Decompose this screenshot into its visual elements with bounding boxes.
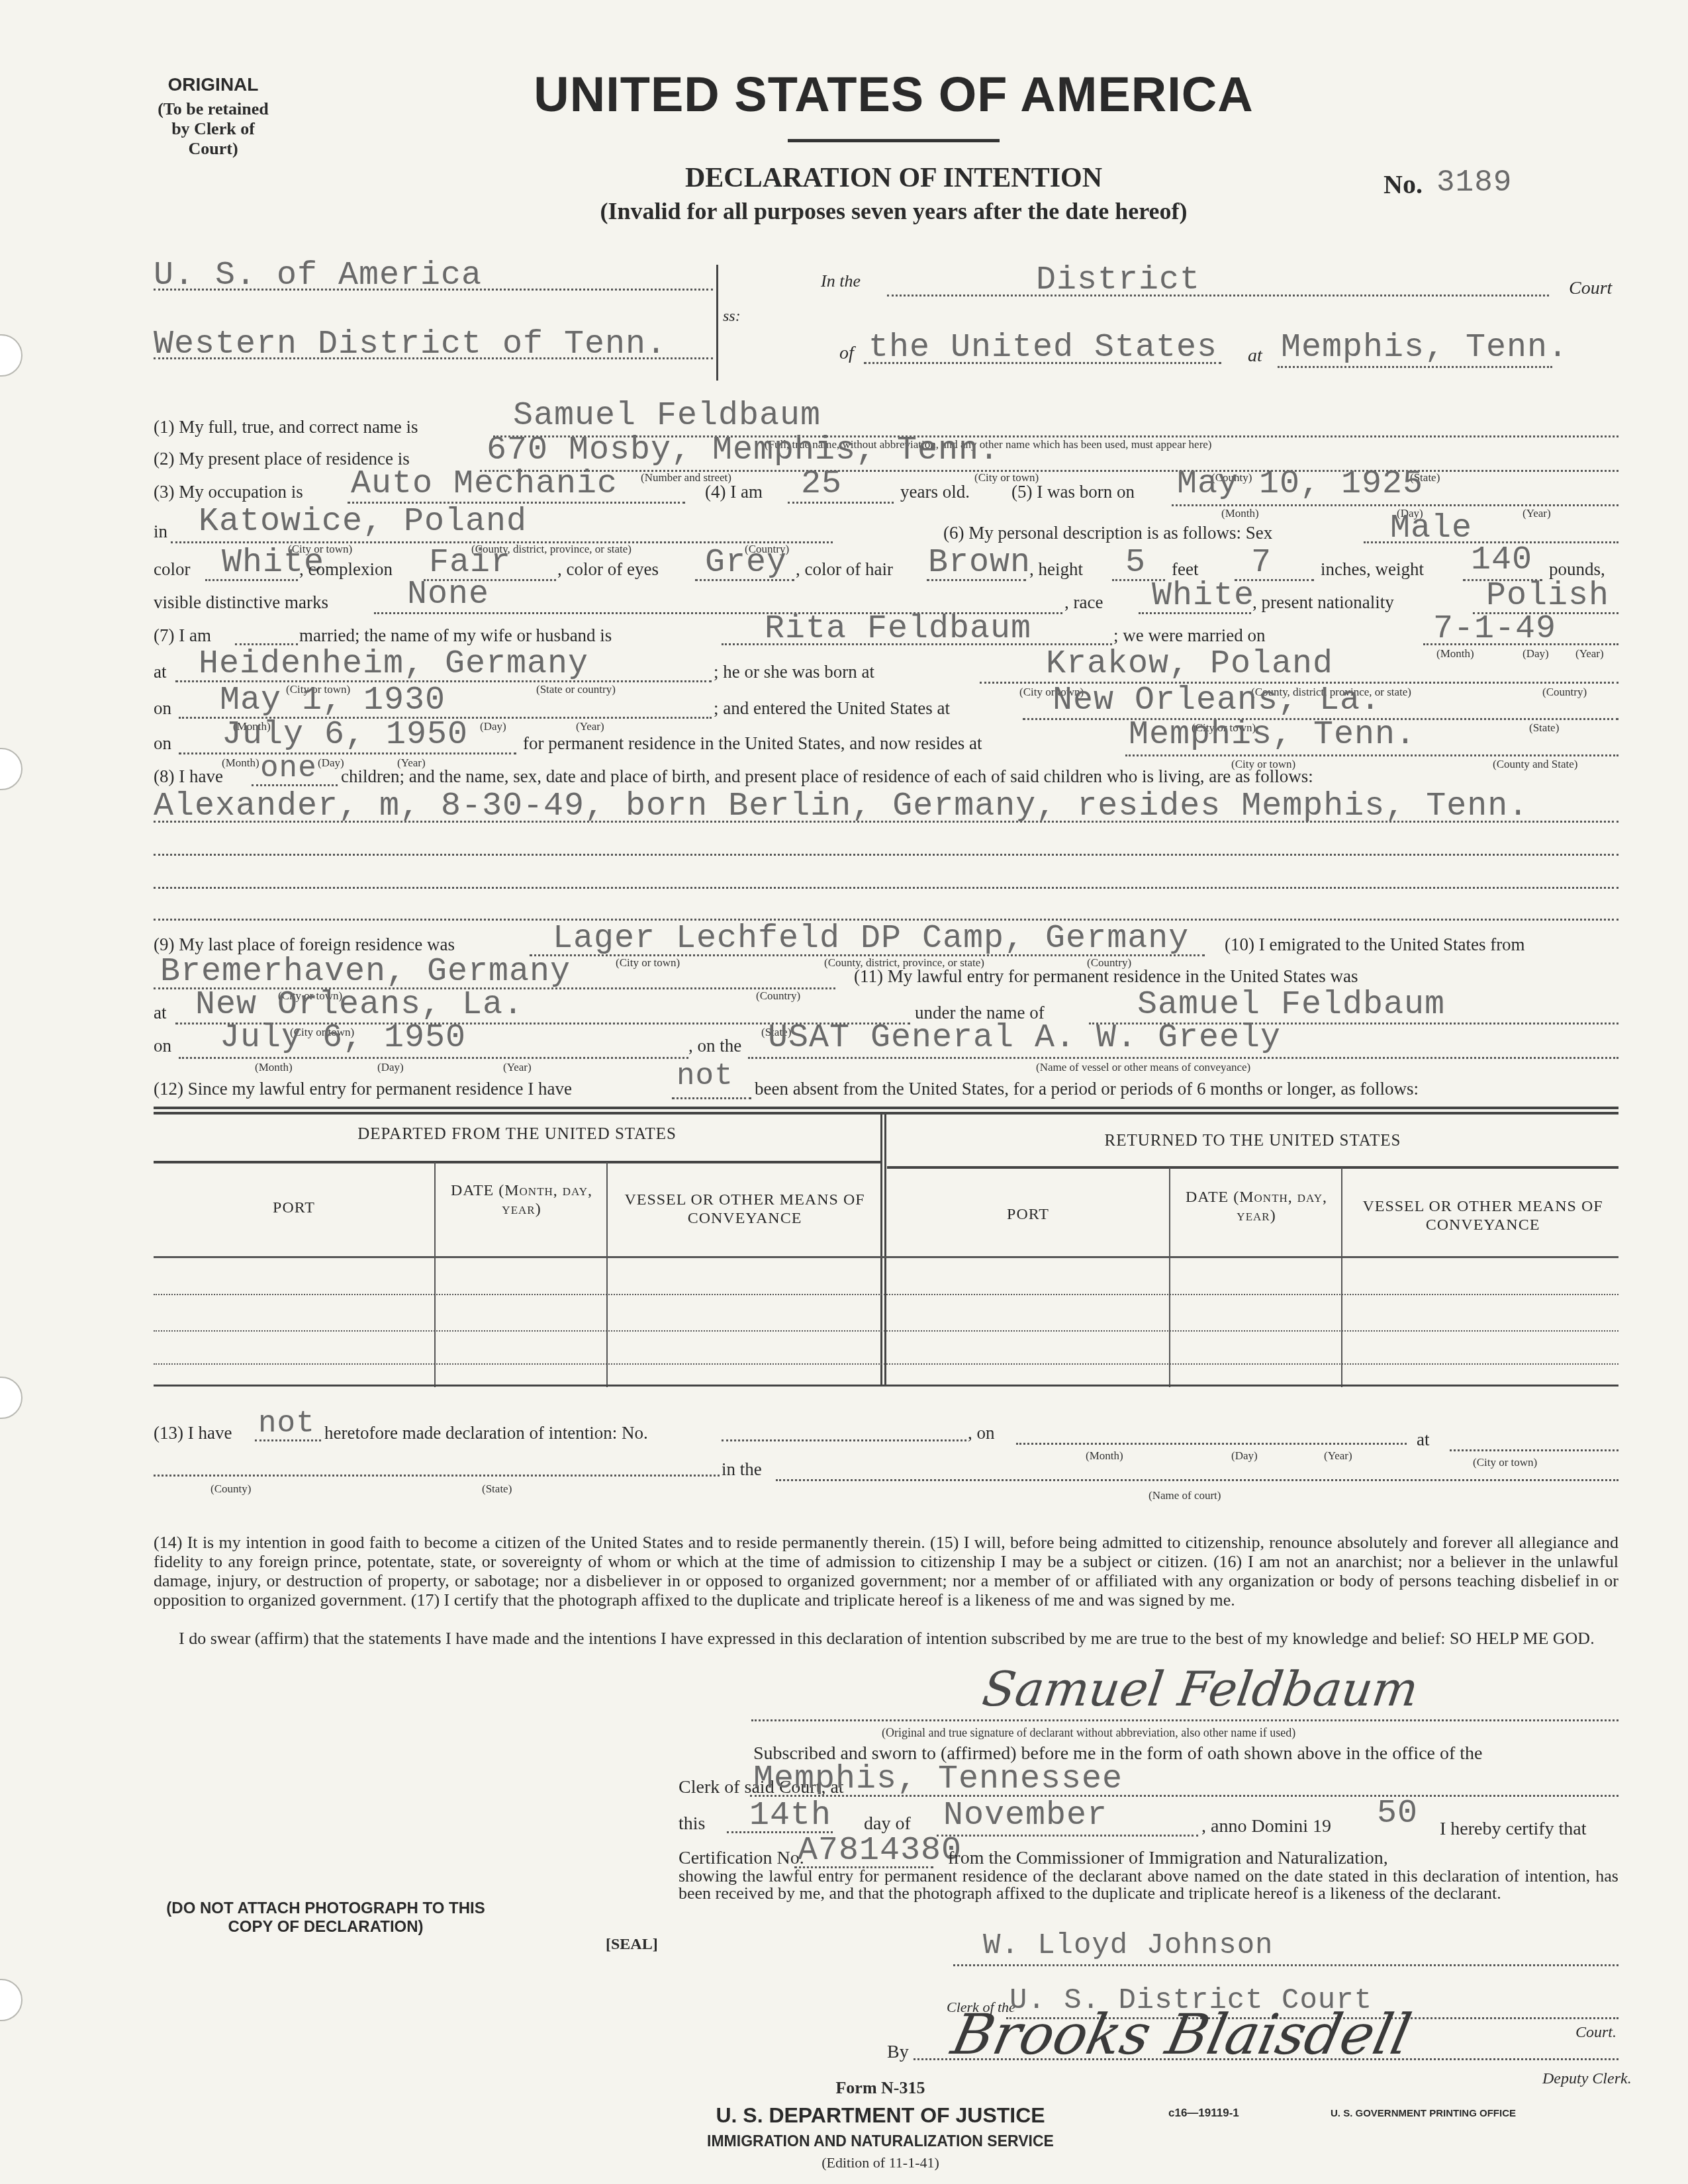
certification-year: 50 [1377,1795,1418,1833]
marriage-place-value: Heidenheim, Germany [199,645,588,683]
original-note: (To be retained by Clerk of Court) [147,99,279,159]
court-of: the United States [868,329,1217,367]
court-type: District [1036,261,1200,299]
oath-text: (14) It is my intention in good faith to… [154,1533,1618,1610]
clerk-name: W. Lloyd Johnson [983,1929,1273,1962]
col-vessel: VESSEL OR OTHER MEANS OF CONVEYANCE [1350,1198,1615,1234]
eyes-value: Grey [705,544,787,582]
col-date: DATE (Month, day, year) [437,1182,606,1218]
nationality-value: Polish [1486,577,1609,615]
prior-declaration-value: not [258,1406,315,1441]
children-count-value: one [260,751,317,786]
declaration-number: 3189 [1436,165,1512,200]
photo-note: (DO NOT ATTACH PHOTOGRAPH TO THIS COPY O… [154,1899,498,1936]
ss-label: ss: [723,308,741,326]
absent-value: not [677,1059,733,1093]
printer-name: U. S. GOVERNMENT PRINTING OFFICE [1331,2108,1516,2119]
col-vessel: VESSEL OR OTHER MEANS OF CONVEYANCE [616,1191,874,1228]
children-details-value: Alexander, m, 8-30-49, born Berlin, Germ… [154,788,1528,825]
last-foreign-residence-value: Lager Lechfeld DP Camp, Germany [553,920,1189,958]
spouse-birthplace-value: Krakow, Poland [1046,645,1333,683]
certification-month: November [943,1797,1107,1835]
spouse-entry-date-value: July 6, 1950 [222,716,468,754]
birth-place-value: Katowice, Poland [199,503,527,541]
vessel-value: USAT General A. W. Greely [768,1019,1281,1057]
weight-value: 140 [1471,541,1532,579]
document-subtitle: DECLARATION OF INTENTION [530,162,1258,194]
binder-hole [0,748,23,790]
hair-value: Brown [928,544,1031,582]
number-label: No. [1383,169,1423,200]
binder-hole [0,1979,23,2021]
spouse-birth-date-value: May 1, 1930 [220,682,445,719]
age-value: 25 [801,465,842,503]
departed-header: DEPARTED FROM THE UNITED STATES [154,1125,880,1144]
entry-place-value: New Orleans, La. [195,986,524,1024]
certification-number: A7814380 [798,1832,962,1870]
occupation-value: Auto Mechanic [351,465,618,503]
spouse-entry-place-value: New Orleans, La. [1053,682,1381,719]
edition-note: (Edition of 11-1-41) [735,2154,1026,2171]
certification-day: 14th [749,1797,831,1835]
service-name: IMMIGRATION AND NATURALIZATION SERVICE [629,2132,1132,2150]
full-name-value: Samuel Feldbaum [513,397,821,435]
court-location: Memphis, Tenn. [1281,329,1568,367]
table-header-rule [154,1256,1618,1258]
department-name: U. S. DEPARTMENT OF JUSTICE [629,2103,1132,2128]
spouse-residence-value: Memphis, Tenn. [1129,716,1416,754]
table-row [154,1363,1618,1365]
col-port: PORT [154,1199,434,1218]
marks-value: None [407,576,489,614]
original-label: ORIGINAL [154,74,273,95]
print-code: c16—19119-1 [1168,2107,1239,2120]
returned-header: RETURNED TO THE UNITED STATES [887,1132,1618,1150]
deputy-signature: Brooks Blaisdell [947,2002,1417,2067]
swear-text: I do swear (affirm) that the statements … [154,1629,1618,1648]
validity-note: (Invalid for all purposes seven years af… [457,197,1331,225]
emigrated-from-value: Bremerhaven, Germany [160,953,571,991]
venue-brace [716,265,718,381]
marriage-date-value: 7-1-49 [1433,610,1556,648]
spouse-name-value: Rita Feldbaum [765,610,1031,648]
certification-text: showing the lawful entry for permanent r… [679,1868,1618,1902]
declarant-signature: Samuel Feldbaum [979,1661,1422,1717]
entry-date-value: July 6, 1950 [220,1019,466,1057]
height-inches-value: 7 [1251,544,1272,582]
birth-date-value: May 10, 1925 [1177,465,1423,503]
seal-label: [SEAL] [606,1936,658,1954]
document-title: UNITED STATES OF AMERICA [457,66,1331,122]
certification-location: Memphis, Tennessee [753,1760,1123,1798]
binder-hole [0,1377,23,1419]
height-feet-value: 5 [1125,544,1146,582]
col-date: DATE (Month, day, year) [1172,1189,1341,1225]
entry-name-value: Samuel Feldbaum [1137,986,1445,1024]
title-rule [788,139,1000,142]
table-row [154,1294,1618,1295]
table-row [154,1330,1618,1332]
col-port: PORT [887,1206,1169,1224]
binder-hole [0,334,23,377]
form-number: Form N-315 [735,2078,1026,2098]
residence-value: 670 Mosby, Memphis, Tenn. [487,432,1000,469]
race-value: White [1152,577,1254,615]
